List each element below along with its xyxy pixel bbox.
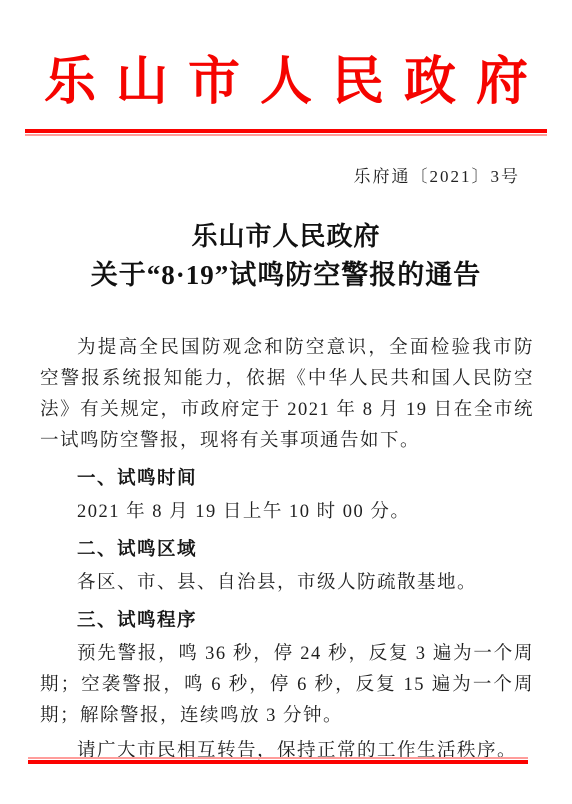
letterhead-double-rule [25,129,547,136]
section-1-heading: 一、试鸣时间 [40,462,534,493]
section-2-heading: 二、试鸣区域 [40,533,534,564]
section-3-heading: 三、试鸣程序 [40,604,534,635]
footer-rule-thick [28,760,528,764]
section-2-content: 各区、市、县、自治县，市级人防疏散基地。 [40,568,534,599]
section-3-content: 预先警报，鸣 36 秒，停 24 秒，反复 3 遍为一个周期；空袭警报，鸣 6 … [40,639,534,732]
notice-title-subject-line: 关于“8·19”试鸣防空警报的通告 [0,255,572,295]
notice-document-page: 乐山市人民政府 乐府通〔2021〕3号 乐山市人民政府 关于“8·19”试鸣防空… [0,0,572,804]
document-number: 乐府通〔2021〕3号 [0,162,572,187]
letterhead-org-name: 乐山市人民政府 [0,44,572,122]
notice-title: 乐山市人民政府 关于“8·19”试鸣防空警报的通告 [0,219,572,295]
notice-title-org-line: 乐山市人民政府 [0,219,572,255]
footer-double-rule [28,757,528,764]
footer-rule-thin [28,757,528,759]
letterhead-rule-thin [25,134,547,136]
notice-body: 为提高全民国防观念和防空意识，全面检验我市防空警报系统报知能力，依据《中华人民共… [40,333,534,767]
section-1-content: 2021 年 8 月 19 日上午 10 时 00 分。 [40,497,534,528]
intro-paragraph: 为提高全民国防观念和防空意识，全面检验我市防空警报系统报知能力，依据《中华人民共… [40,333,534,457]
letterhead-rule-thick [25,129,547,133]
